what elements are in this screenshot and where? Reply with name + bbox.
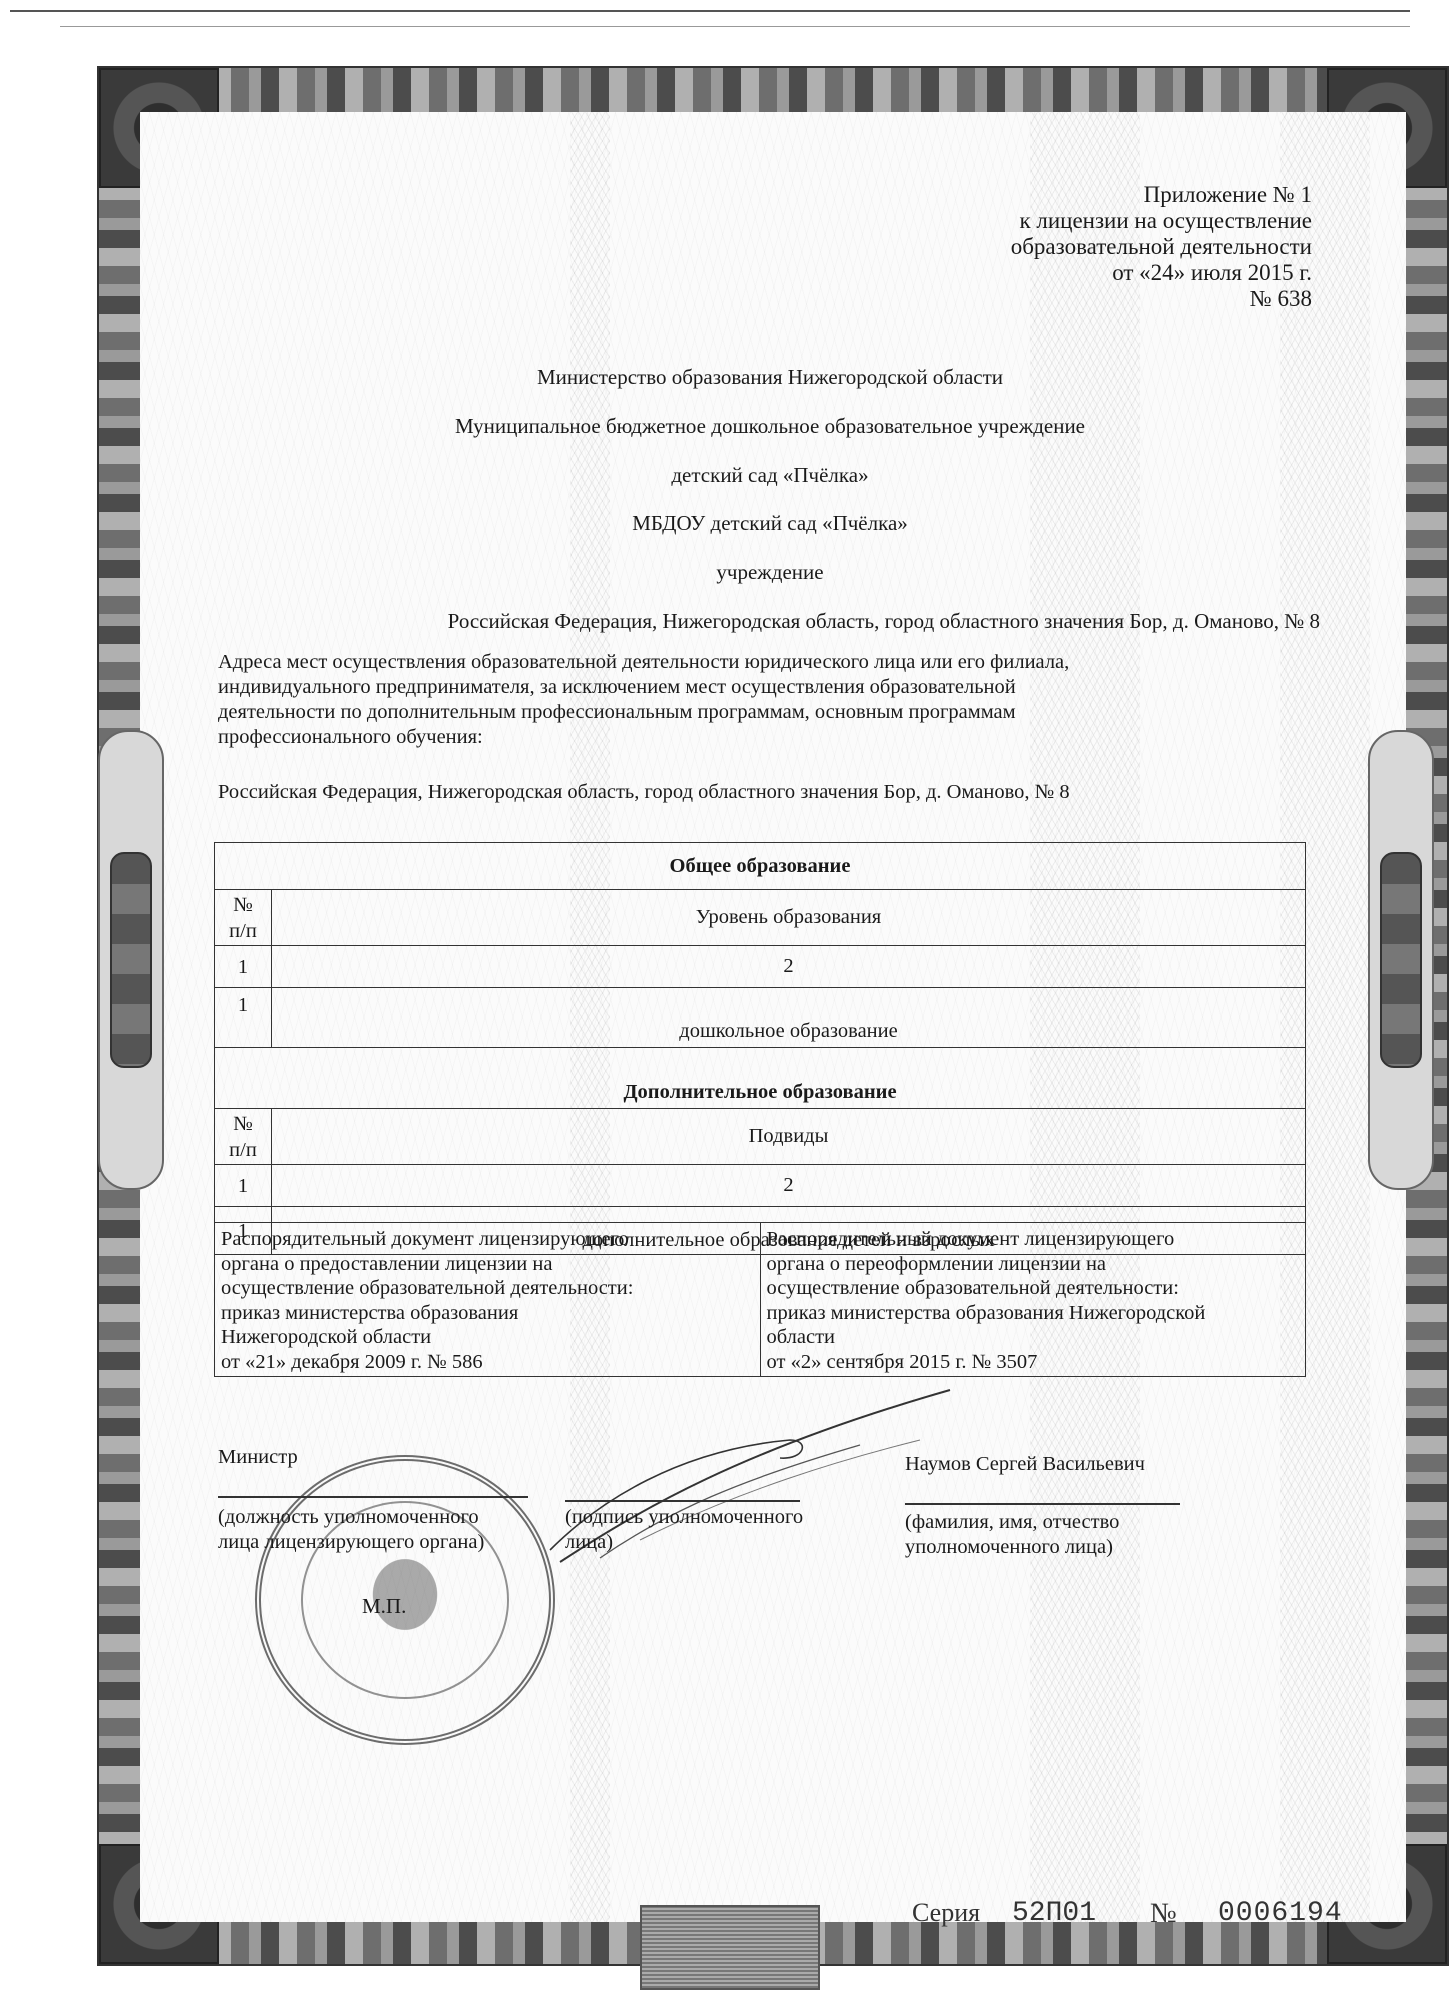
annex-line: образовательной деятельности [1011,234,1312,260]
education-level: дошкольное образование [272,988,1306,1048]
section-header-row: Общее образование [215,843,1306,890]
annex-reference: Приложение № 1 к лицензии на осуществлен… [1011,182,1312,312]
caption-line: (должность уполномоченного [218,1505,484,1530]
col-number-header-line: № [221,892,265,918]
addresses-intro: Адреса мест осуществления образовательно… [218,650,1318,750]
series-value: 52П01 [1012,1898,1096,1929]
index-cell: 2 [272,946,1306,988]
order-line: Нижегородской области [221,1325,754,1350]
annex-title: Приложение № 1 [1011,182,1312,208]
order-line: органа о переоформлении лицензии на [767,1252,1300,1277]
organization-type: учреждение [220,560,1320,585]
annex-line: к лицензии на осуществление [1011,208,1312,234]
order-line: органа о предоставлении лицензии на [221,1252,754,1277]
order-date-number: от «21» декабря 2009 г. № 586 [221,1350,754,1375]
order-line: приказ министерства образования [221,1301,754,1326]
order-line: приказ министерства образования Нижегоро… [767,1301,1300,1326]
row-number: 1 [215,988,272,1048]
seal-place-label: М.П. [362,1594,406,1619]
series-label: Серия [912,1898,980,1928]
order-line: Распорядительный документ лицензирующего [767,1227,1300,1252]
name-rule [905,1503,1180,1505]
education-table: Общее образование № п/п Уровень образова… [214,842,1306,1255]
form-number-value: 0006194 [1218,1898,1343,1929]
additional-education-title: Дополнительное образование [215,1048,1306,1109]
index-cell: 1 [215,946,272,988]
col-number-header-line: № [221,1111,265,1137]
col-level-header: Уровень образования [272,890,1306,946]
general-education-title: Общее образование [215,843,1306,890]
signatory-name: Наумов Сергей Васильевич [905,1452,1145,1477]
reissue-order-cell: Распорядительный документ лицензирующего… [760,1223,1306,1377]
organization-short-name: МБДОУ детский сад «Пчёлка» [220,511,1320,536]
order-line: осуществление образовательной деятельнос… [767,1276,1300,1301]
intro-line: деятельности по дополнительным профессио… [218,700,1318,725]
col-number-header: № п/п [215,1109,272,1165]
index-row: 1 2 [215,1165,1306,1207]
organization-full-name-line2: детский сад «Пчёлка» [220,463,1320,488]
orders-table: Распорядительный документ лицензирующего… [214,1222,1306,1377]
index-row: 1 2 [215,946,1306,988]
order-line: осуществление образовательной деятельнос… [221,1276,754,1301]
column-header-row: № п/п Уровень образования [215,890,1306,946]
annex-date: от «24» июля 2015 г. [1011,260,1312,286]
order-date-number: от «2» сентября 2015 г. № 3507 [767,1350,1300,1375]
order-line: области [767,1325,1300,1350]
intro-line: профессионального обучения: [218,725,1318,750]
orders-row: Распорядительный документ лицензирующего… [215,1223,1306,1377]
order-line: Распорядительный документ лицензирующего [221,1227,754,1252]
grant-order-cell: Распорядительный документ лицензирующего… [215,1223,761,1377]
section-header-row: Дополнительное образование [215,1048,1306,1109]
col-subtype-header: Подвиды [272,1109,1306,1165]
position-rule [218,1496,528,1498]
activity-address: Российская Федерация, Нижегородская обла… [218,780,1318,805]
intro-line: Адреса мест осуществления образовательно… [218,650,1318,675]
signature-caption: (подпись уполномоченного лица) [565,1505,803,1555]
caption-line: лица) [565,1530,803,1555]
col-number-header-line: п/п [221,918,265,944]
col-number-header: № п/п [215,890,272,946]
caption-line: уполномоченного лица) [905,1535,1119,1560]
intro-line: индивидуального предпринимателя, за искл… [218,675,1318,700]
form-number-label: № [1150,1898,1177,1930]
column-header-row: № п/п Подвиды [215,1109,1306,1165]
position-caption: (должность уполномоченного лица лицензир… [218,1505,484,1555]
index-cell: 1 [215,1165,272,1207]
col-number-header-line: п/п [221,1137,265,1163]
caption-line: (фамилия, имя, отчество [905,1510,1119,1535]
table-row: 1 дошкольное образование [215,988,1306,1048]
organization-full-name: Муниципальное бюджетное дошкольное образ… [220,414,1320,439]
annex-number: № 638 [1011,286,1312,312]
index-cell: 2 [272,1165,1306,1207]
signature-rule [565,1500,800,1502]
name-caption: (фамилия, имя, отчество уполномоченного … [905,1510,1119,1560]
caption-line: лица лицензирующего органа) [218,1530,484,1555]
legal-address: Российская Федерация, Нижегородская обла… [200,609,1320,634]
caption-line: (подпись уполномоченного [565,1505,803,1530]
position-value: Министр [218,1445,298,1470]
licensing-authority: Министерство образования Нижегородской о… [220,365,1320,390]
